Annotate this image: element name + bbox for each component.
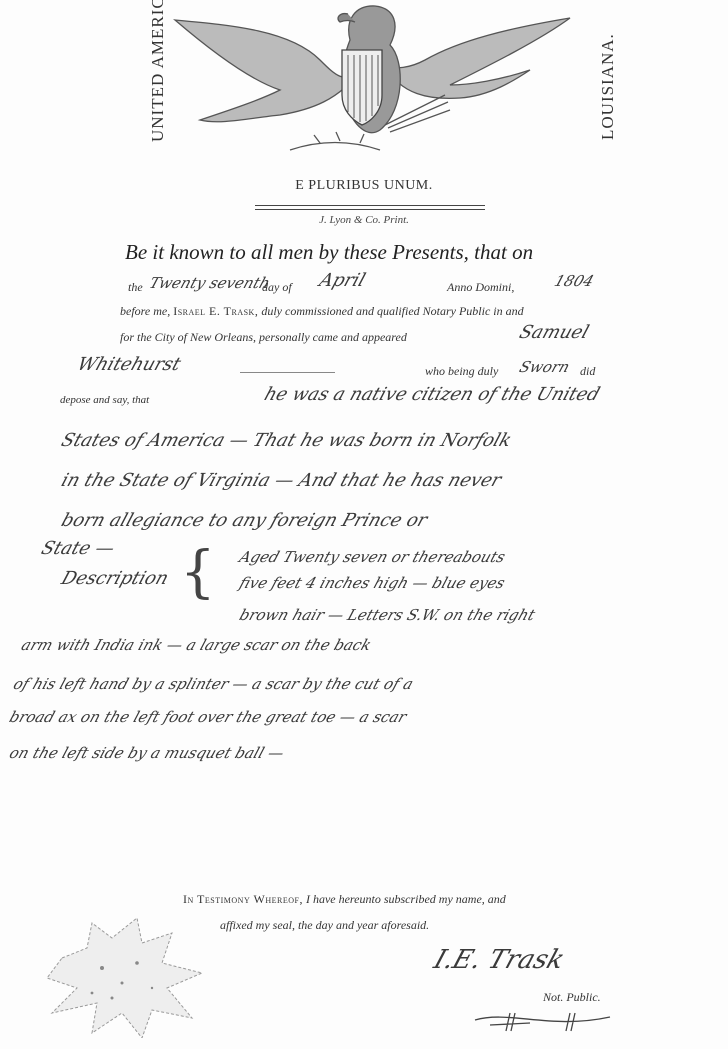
side-text-louisiana: LOUISIANA.: [598, 33, 618, 140]
deposition-line: State —: [39, 538, 118, 559]
form-text: did: [580, 364, 595, 379]
form-text: before me, Israel E. Trask, duly commiss…: [120, 304, 524, 319]
description-line: five feet 4 inches high — blue eyes: [237, 574, 507, 592]
description-line: broad ax on the left foot over the great…: [7, 708, 409, 726]
deposition-line: in the State of Virginia — And that he h…: [59, 470, 504, 491]
handwritten-first-name: Samuel: [517, 322, 592, 343]
form-text: duly commissioned and qualified Notary P…: [261, 304, 523, 318]
handwritten-month: April: [317, 270, 368, 291]
handwritten-sworn: Sworn: [517, 358, 572, 376]
testimony-lead: In Testimony Whereof,: [183, 892, 303, 906]
description-line: brown hair — Letters S.W. on the right: [237, 606, 537, 624]
deposition-line: States of America — That he was born in …: [59, 430, 515, 451]
divider: [255, 209, 485, 210]
form-text: Anno Domini,: [447, 280, 514, 295]
description-line: of his left hand by a splinter — a scar …: [11, 675, 416, 693]
printer-imprint: J. Lyon & Co. Print.: [0, 214, 728, 226]
notarial-seal-icon: [42, 918, 242, 1038]
deposition-line: born allegiance to any foreign Prince or: [59, 510, 430, 531]
description-line: arm with India ink — a large scar on the…: [19, 636, 374, 654]
testimony-line: In Testimony Whereof, I have hereunto su…: [183, 892, 506, 907]
form-text: depose and say, that: [60, 394, 149, 406]
form-text: the: [128, 280, 143, 295]
notary-title: Not. Public.: [543, 990, 601, 1005]
notary-name: Israel E. Trask,: [173, 304, 258, 318]
description-label: Description: [59, 568, 172, 589]
handwritten-last-name: Whitehurst: [75, 354, 184, 375]
deposition-line: he was a native citizen of the United: [262, 384, 603, 405]
blank-line: [240, 372, 335, 373]
divider: [255, 205, 485, 206]
form-text: day of: [262, 280, 292, 295]
notary-signature: I.E. Trask: [430, 945, 568, 975]
document-heading: Be it known to all men by these Presents…: [125, 240, 533, 265]
handwritten-year: 1804: [552, 272, 596, 290]
form-text: who being duly: [425, 364, 498, 379]
testimony-text: I have hereunto subscribed my name, and: [306, 892, 506, 906]
form-text: for the City of New Orleans, personally …: [120, 330, 407, 345]
eagle-emblem-icon: [170, 0, 580, 165]
testimony-line: affixed my seal, the day and year afores…: [220, 918, 429, 933]
handwritten-day: Twenty seventh: [147, 274, 272, 292]
side-text-united-america: UNITED AMERICA.: [148, 0, 168, 142]
motto: E PLURIBUS UNUM.: [0, 178, 728, 194]
form-text: before me,: [120, 304, 170, 318]
signature-flourish-icon: [470, 1005, 620, 1035]
description-line: Aged Twenty seven or thereabouts: [237, 548, 508, 566]
brace: {: [180, 540, 216, 605]
description-line: on the left side by a musquet ball —: [7, 744, 286, 762]
